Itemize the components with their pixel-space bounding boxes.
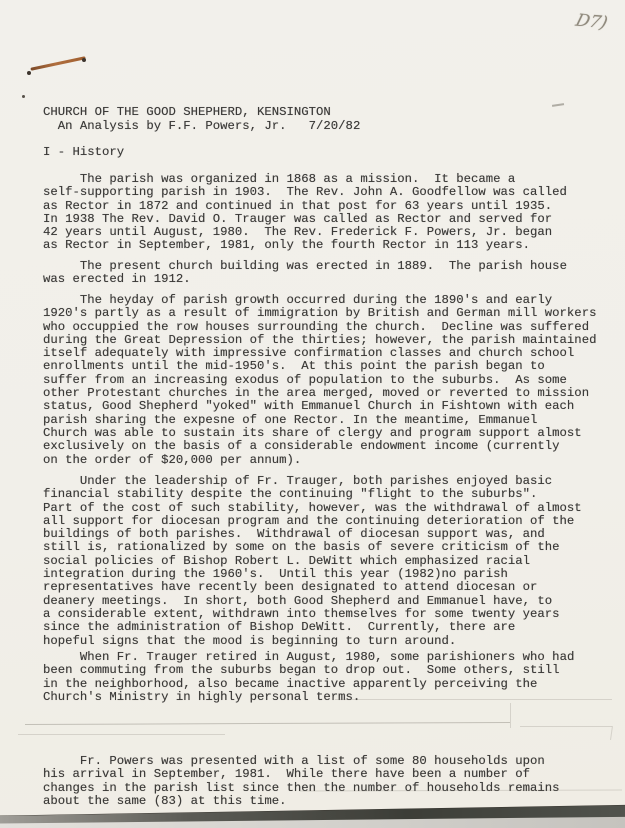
staple-hole-right: [82, 58, 86, 62]
paste-seam-line: [335, 699, 612, 700]
document-title: CHURCH OF THE GOOD SHEPHERD, KENSINGTON: [43, 106, 615, 119]
scanned-document: D7) CHURCH OF THE GOOD SHEPHERD, KENSING…: [0, 0, 625, 828]
paragraph-heyday: The heyday of parish growth occurred dur…: [43, 294, 615, 467]
paragraph-trauger-leadership: Under the leadership of Fr. Trauger, bot…: [43, 475, 615, 648]
paste-seam-line: [18, 734, 225, 735]
paste-seam-line: [520, 726, 612, 727]
paragraph-buildings: The present church building was erected …: [43, 260, 615, 287]
paste-seam-line: [510, 703, 511, 728]
ink-speck: [22, 95, 25, 98]
paragraph-households: Fr. Powers was presented with a list of …: [43, 755, 615, 808]
staple-hole-left: [27, 71, 31, 75]
paragraph-retirement: When Fr. Trauger retired in August, 1980…: [43, 651, 615, 704]
paragraph-history-1: The parish was organized in 1868 as a mi…: [43, 173, 615, 253]
handwritten-page-mark: D7): [573, 11, 609, 33]
document-byline: An Analysis by F.F. Powers, Jr. 7/20/82: [43, 120, 615, 133]
section-heading: I - History: [43, 146, 615, 159]
